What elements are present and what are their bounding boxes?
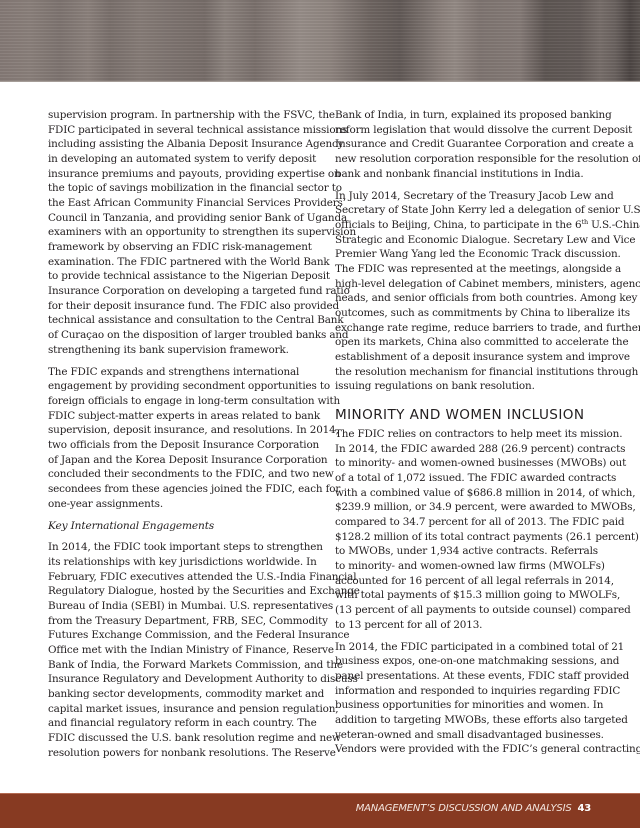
text-line: Secretary of State John Kerry led a dele… bbox=[335, 203, 617, 218]
text-line: of Japan and the Korea Deposit Insurance… bbox=[48, 453, 318, 468]
text-line: the resolution mechanism for financial i… bbox=[335, 365, 617, 380]
text-line: $128.2 million of its total contract pay… bbox=[335, 530, 617, 545]
text-line: Strategic and Economic Dialogue. Secreta… bbox=[335, 233, 617, 248]
text-line: capital market issues, insurance and pen… bbox=[48, 702, 318, 717]
text-line: addition to targeting MWOBs, these effor… bbox=[335, 713, 617, 728]
text-line: business expos, one-on-one matchmaking s… bbox=[335, 654, 617, 669]
header-banner bbox=[0, 0, 640, 82]
text-line: supervision program. In partnership with… bbox=[48, 108, 318, 123]
text-line: supervision, deposit insurance, and reso… bbox=[48, 423, 318, 438]
text-line: high-level delegation of Cabinet members… bbox=[335, 277, 617, 292]
text-line: compared to 34.7 percent for all of 2013… bbox=[335, 515, 617, 530]
text-line: insurance premiums and payouts, providin… bbox=[48, 167, 318, 182]
text-line: FDIC subject-matter experts in areas rel… bbox=[48, 409, 318, 424]
right-column: Bank of India, in turn, explained its pr… bbox=[335, 108, 617, 757]
text-line: information and responded to inquiries r… bbox=[335, 684, 617, 699]
text-line: foreign officials to engage in long-term… bbox=[48, 394, 318, 409]
text-line: February, FDIC executives attended the U… bbox=[48, 570, 318, 585]
section-heading-minority-women-inclusion: MINORITY AND WOMEN INCLUSION bbox=[335, 406, 617, 424]
text-line: to provide technical assistance to the N… bbox=[48, 269, 318, 284]
text-line: banking sector developments, commodity m… bbox=[48, 687, 318, 702]
text-line: examination. The FDIC partnered with the… bbox=[48, 255, 318, 270]
text-fragment: U.S.-China bbox=[588, 219, 640, 231]
text-line: Office met with the Indian Ministry of F… bbox=[48, 643, 318, 658]
text-line: exchange rate regime, reduce barriers to… bbox=[335, 321, 617, 336]
text-line: Insurance Corporation on developing a ta… bbox=[48, 284, 318, 299]
paragraph-key-engagements: In 2014, the FDIC took important steps t… bbox=[48, 540, 318, 760]
text-line: to minority- and women-owned law firms (… bbox=[335, 559, 617, 574]
text-line: The FDIC relies on contractors to help m… bbox=[335, 427, 617, 442]
text-line: technical assistance and consultation to… bbox=[48, 313, 318, 328]
text-line: the East African Community Financial Ser… bbox=[48, 196, 318, 211]
text-line: for their deposit insurance fund. The FD… bbox=[48, 299, 318, 314]
text-line: two officials from the Deposit Insurance… bbox=[48, 438, 318, 453]
text-line: establishment of a deposit insurance sys… bbox=[335, 350, 617, 365]
text-line: to 13 percent for all of 2013. bbox=[335, 618, 617, 633]
footer-running-title: MANAGEMENT’S DISCUSSION AND ANALYSIS43 bbox=[356, 803, 591, 814]
text-line: Insurance Regulatory and Development Aut… bbox=[48, 672, 318, 687]
text-line: The FDIC expands and strengthens interna… bbox=[48, 365, 318, 380]
text-line: reform legislation that would dissolve t… bbox=[335, 123, 617, 138]
text-line: concluded their secondments to the FDIC,… bbox=[48, 467, 318, 482]
paragraph-mwob-contracts: The FDIC relies on contractors to help m… bbox=[335, 427, 617, 632]
text-line: officials to Beijing, China, to particip… bbox=[335, 218, 617, 233]
text-line: including assisting the Albania Deposit … bbox=[48, 137, 318, 152]
paragraph-us-china-dialogue: In July 2014, Secretary of the Treasury … bbox=[335, 189, 617, 394]
text-line: In 2014, the FDIC took important steps t… bbox=[48, 540, 318, 555]
text-line: Premier Wang Yang led the Economic Track… bbox=[335, 247, 617, 262]
text-line: outcomes, such as commitments by China t… bbox=[335, 306, 617, 321]
text-line: and financial regulatory reform in each … bbox=[48, 716, 318, 731]
text-line: issuing regulations on bank resolution. bbox=[335, 379, 617, 394]
text-line: of Curaçao on the disposition of larger … bbox=[48, 328, 318, 343]
text-line: resolution powers for nonbank resolution… bbox=[48, 746, 318, 761]
text-line: In July 2014, Secretary of the Treasury … bbox=[335, 189, 617, 204]
text-fragment: officials to Beijing, China, to particip… bbox=[335, 219, 581, 231]
text-line: examiners with an opportunity to strengt… bbox=[48, 225, 318, 240]
text-line: heads, and senior officials from both co… bbox=[335, 291, 617, 306]
text-line: to minority- and women-owned businesses … bbox=[335, 456, 617, 471]
text-line: with a combined value of $686.8 million … bbox=[335, 486, 617, 501]
text-line: new resolution corporation responsible f… bbox=[335, 152, 617, 167]
text-line: framework by observing an FDIC risk-mana… bbox=[48, 240, 318, 255]
text-line: Bank of India, the Forward Markets Commi… bbox=[48, 658, 318, 673]
paragraph-secondment: The FDIC expands and strengthens interna… bbox=[48, 365, 318, 512]
text-line: strengthening its bank supervision frame… bbox=[48, 343, 318, 358]
text-line: bank and nonbank financial institutions … bbox=[335, 167, 617, 182]
text-line: The FDIC was represented at the meetings… bbox=[335, 262, 617, 277]
text-line: Futures Exchange Commission, and the Fed… bbox=[48, 628, 318, 643]
text-line: from the Treasury Department, FRB, SEC, … bbox=[48, 614, 318, 629]
left-column: supervision program. In partnership with… bbox=[48, 108, 318, 760]
text-line: of a total of 1,072 issued. The FDIC awa… bbox=[335, 471, 617, 486]
text-line: Vendors were provided with the FDIC’s ge… bbox=[335, 742, 617, 757]
text-line: veteran-owned and small disadvantaged bu… bbox=[335, 728, 617, 743]
text-line: to MWOBs, under 1,934 active contracts. … bbox=[335, 544, 617, 559]
text-line: Bureau of India (SEBI) in Mumbai. U.S. r… bbox=[48, 599, 318, 614]
text-line: its relationships with key jurisdictions… bbox=[48, 555, 318, 570]
text-line: (13 percent of all payments to outside c… bbox=[335, 603, 617, 618]
text-line: Bank of India, in turn, explained its pr… bbox=[335, 108, 617, 123]
text-line: open its markets, China also committed t… bbox=[335, 335, 617, 350]
text-line: FDIC discussed the U.S. bank resolution … bbox=[48, 731, 318, 746]
page-number: 43 bbox=[577, 803, 591, 814]
text-line: $239.9 million, or 34.9 percent, were aw… bbox=[335, 500, 617, 515]
text-line: In 2014, the FDIC awarded 288 (26.9 perc… bbox=[335, 442, 617, 457]
text-line: engagement by providing secondment oppor… bbox=[48, 379, 318, 394]
footer-section-title: MANAGEMENT’S DISCUSSION AND ANALYSIS bbox=[356, 803, 572, 814]
text-line: the topic of savings mobilization in the… bbox=[48, 181, 318, 196]
paragraph-business-expos: In 2014, the FDIC participated in a comb… bbox=[335, 640, 617, 757]
text-line: Regulatory Dialogue, hosted by the Secur… bbox=[48, 584, 318, 599]
text-line: accounted for 16 percent of all legal re… bbox=[335, 574, 617, 589]
text-line: in developing an automated system to ver… bbox=[48, 152, 318, 167]
text-line: panel presentations. At these events, FD… bbox=[335, 669, 617, 684]
text-line: business opportunities for minorities an… bbox=[335, 698, 617, 713]
subheading-key-international-engagements: Key International Engagements bbox=[48, 519, 318, 534]
page-footer: MANAGEMENT’S DISCUSSION AND ANALYSIS43 bbox=[0, 793, 640, 828]
text-line: FDIC participated in several technical a… bbox=[48, 123, 318, 138]
text-line: Insurance and Credit Guarantee Corporati… bbox=[335, 137, 617, 152]
text-line: with total payments of $15.3 million goi… bbox=[335, 588, 617, 603]
text-line: one-year assignments. bbox=[48, 497, 318, 512]
paragraph-fsvc-technical-assistance: supervision program. In partnership with… bbox=[48, 108, 318, 357]
text-line: Council in Tanzania, and providing senio… bbox=[48, 211, 318, 226]
paragraph-reserve-bank-india: Bank of India, in turn, explained its pr… bbox=[335, 108, 617, 181]
text-line: In 2014, the FDIC participated in a comb… bbox=[335, 640, 617, 655]
text-line: secondees from these agencies joined the… bbox=[48, 482, 318, 497]
